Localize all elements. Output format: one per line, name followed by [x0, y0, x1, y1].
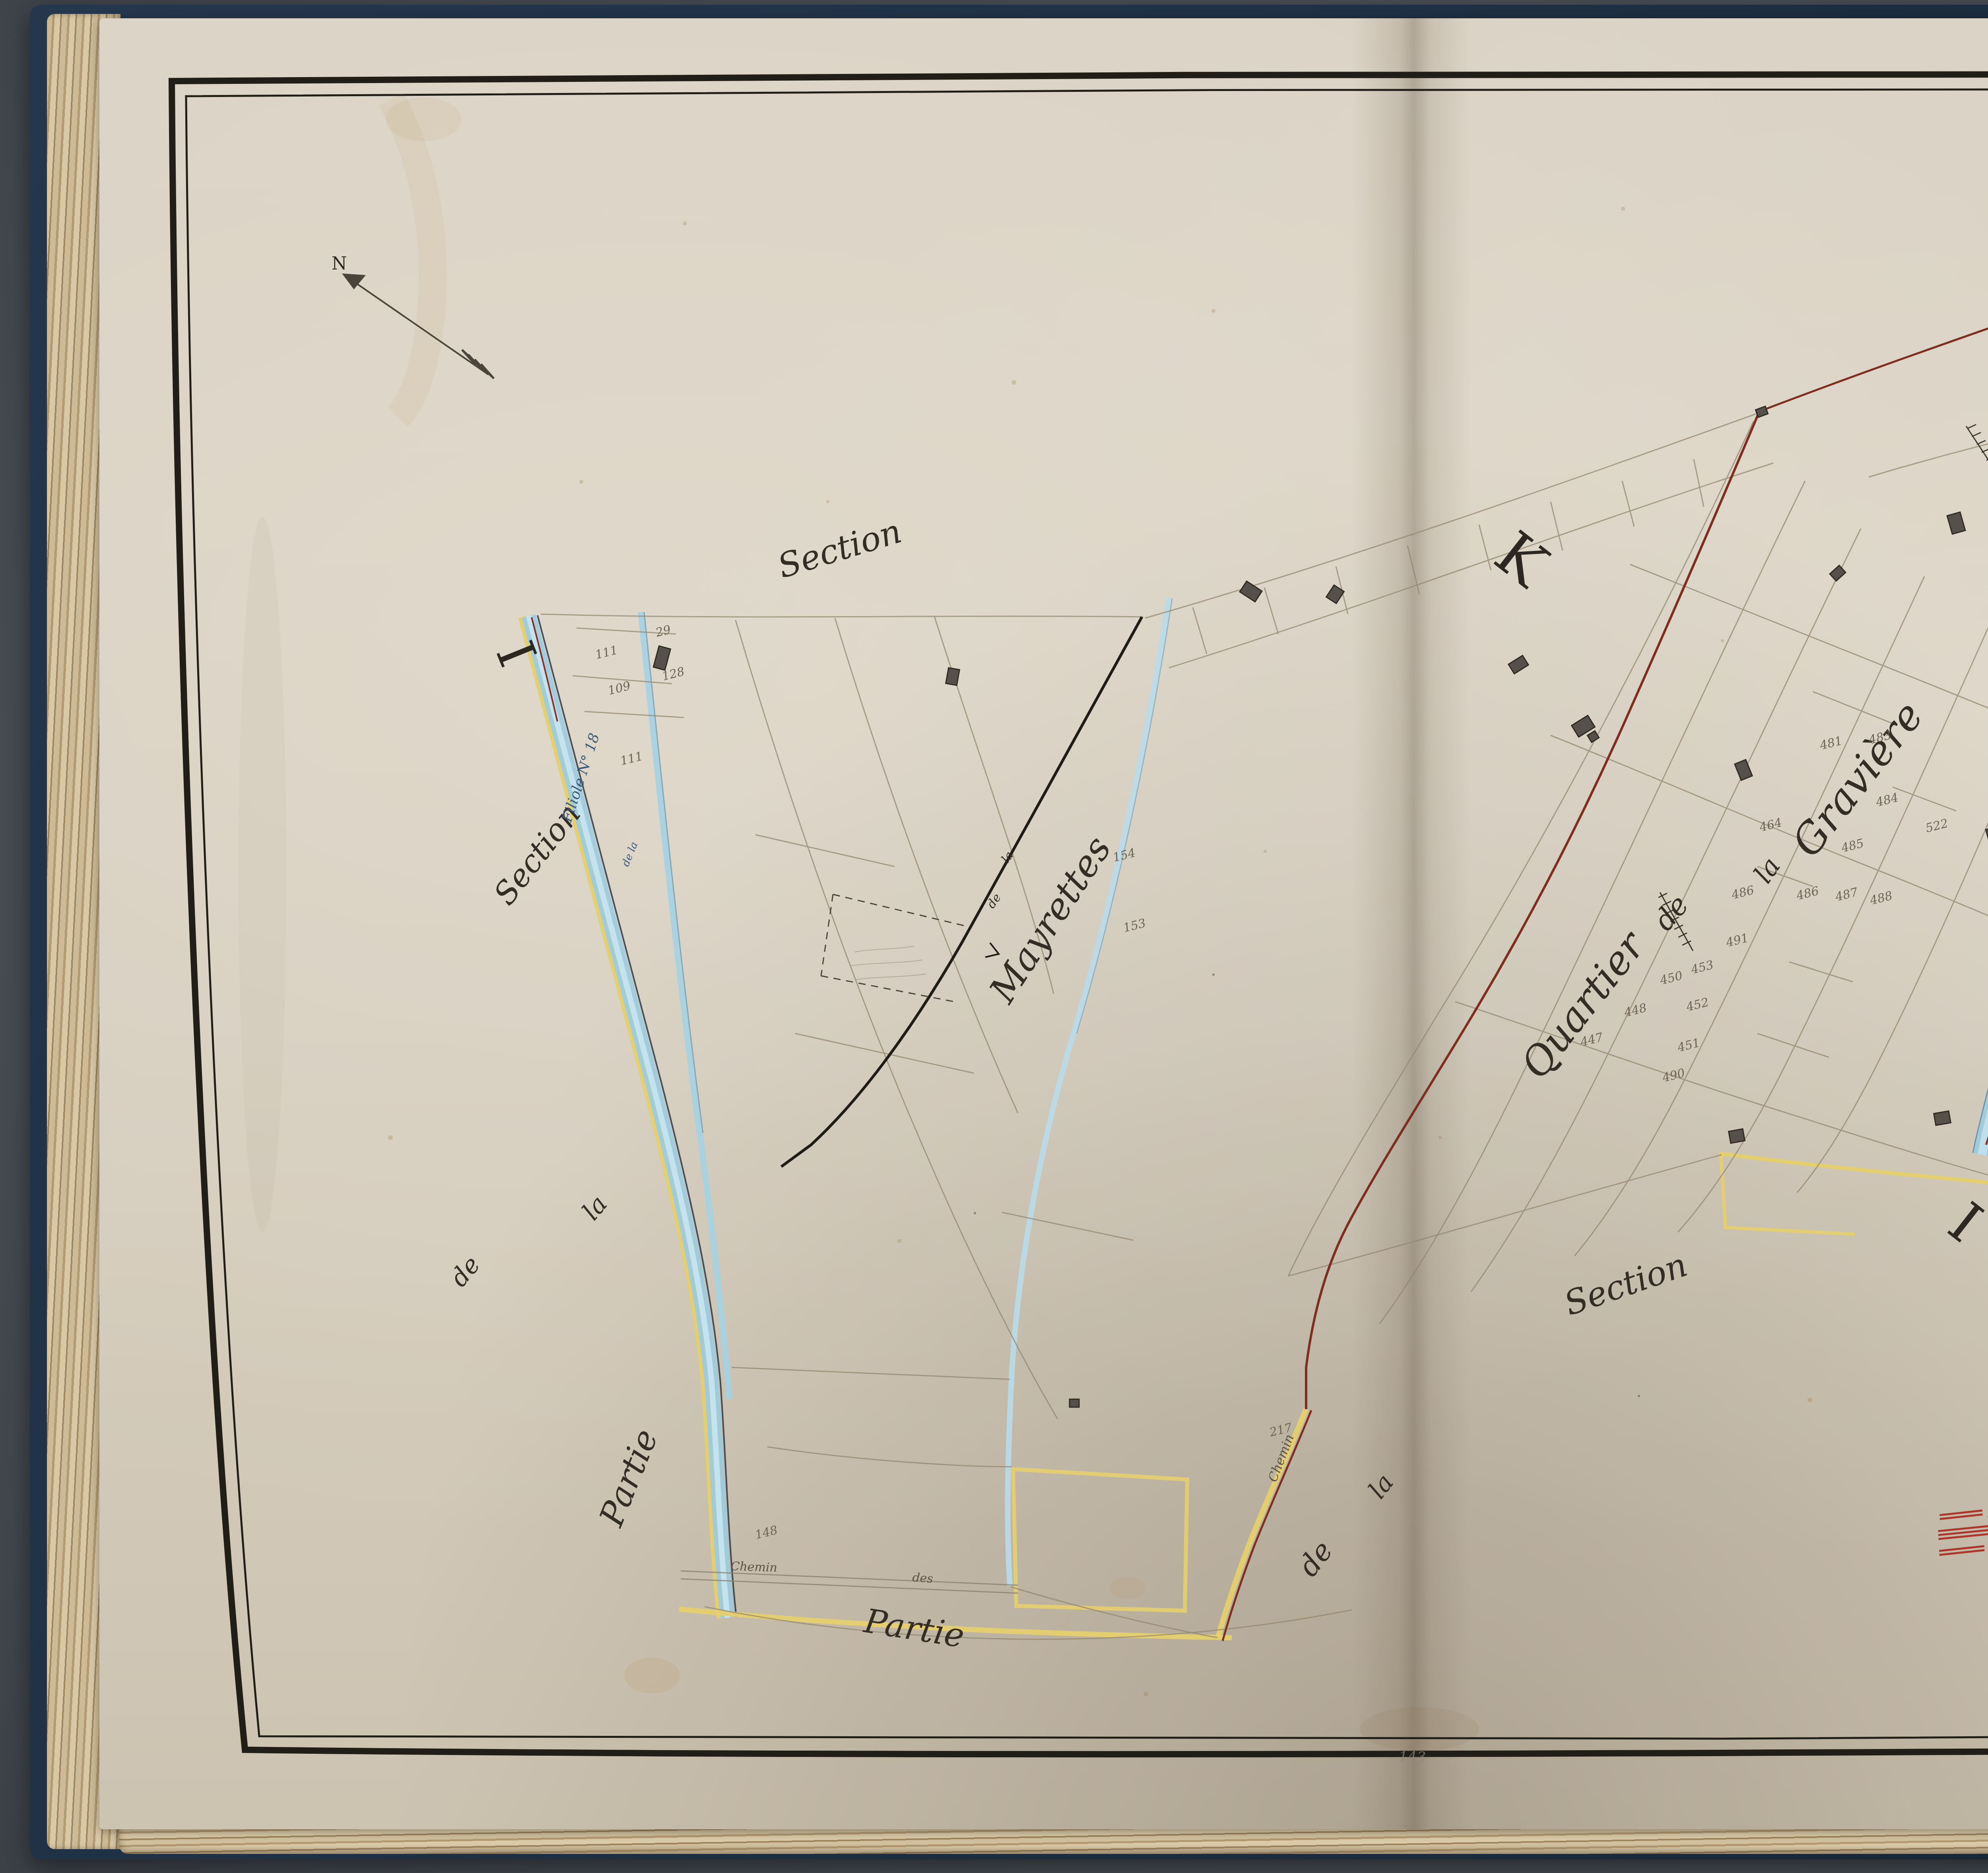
label-partie-bottom: Partie	[861, 1601, 967, 1656]
building	[653, 646, 670, 670]
parcel-number: 153	[1122, 916, 1147, 935]
legend-swatch-red-icon	[1939, 1510, 1983, 1519]
channel-central	[1008, 598, 1172, 1586]
parcel-number: 487	[1833, 885, 1860, 904]
parcel-number: 491	[1724, 931, 1750, 950]
parcel-number: 481	[1818, 734, 1844, 753]
parcel-number: 448	[1622, 1001, 1648, 1020]
parcel-number: 453	[1689, 958, 1715, 977]
building	[1947, 512, 1965, 534]
parcel-number: 450	[1658, 969, 1684, 988]
label-de-left: de	[444, 1250, 486, 1292]
top-right-boundary	[1759, 260, 1988, 411]
road-bottom-right	[1720, 1154, 1988, 1188]
parcel-number: 485	[1839, 836, 1865, 855]
cadastral-map: N Section Section Section Section Partie…	[0, 0, 1988, 1873]
legend-swatch-red-icon	[1938, 1526, 1988, 1539]
parcel-boundaries	[541, 413, 1988, 1639]
parcel-number: 522	[1924, 816, 1949, 836]
pencil-spine-mark: 143	[1399, 1749, 1426, 1765]
parcel-number: 109	[606, 679, 632, 698]
label-la-bottom: la	[1363, 1468, 1399, 1504]
map-frame	[172, 73, 1988, 1754]
parcel-number: 29	[654, 623, 672, 640]
road-diagonal-edge	[1223, 1410, 1311, 1641]
building	[1729, 1129, 1745, 1143]
frame-outer	[172, 73, 1988, 1754]
parcel-number: 486	[1794, 884, 1820, 903]
parcel-number: 452	[1684, 995, 1710, 1014]
parcel-number: 488	[1868, 889, 1894, 908]
atlas-photo: N Section Section Section Section Partie…	[0, 0, 1988, 1873]
label-letter-k: K	[1482, 518, 1561, 601]
building	[946, 668, 960, 685]
building	[1986, 826, 1988, 847]
label-de-bottom: de	[1291, 1534, 1340, 1583]
label-la-left: la	[576, 1190, 613, 1225]
parcel-number: 154	[1111, 846, 1137, 865]
channel-secondary	[641, 612, 730, 1399]
label-letter-i-center: I	[1937, 1190, 1988, 1255]
label-section-bottom: Section	[1559, 1245, 1692, 1323]
label-section-top: Section	[773, 512, 906, 586]
parcel-number: 111	[594, 643, 619, 662]
compass-north-label: N	[332, 254, 347, 274]
parcel-number: 111	[619, 749, 644, 768]
label-chemin-bottom-des: des	[912, 1571, 934, 1586]
parcel-number: 484	[1874, 791, 1900, 810]
compass-feathers-icon	[462, 350, 494, 378]
parcel-number: 148	[753, 1523, 779, 1542]
parcel-number: 464	[1757, 816, 1783, 835]
parcel-number: 451	[1675, 1036, 1701, 1055]
label-chemin-bottom: Chemin	[730, 1559, 778, 1575]
legend-row: Filiole N° 12 Débit 100 litres	[1939, 1482, 1988, 1524]
survey-notes-squiggles	[851, 946, 926, 980]
survey-dashed-lines	[821, 894, 966, 1002]
roads-yellow	[679, 1154, 1988, 1640]
building	[1755, 406, 1768, 417]
label-quartier-de: de	[1647, 888, 1695, 937]
label-blue-note: de la	[620, 840, 641, 869]
building	[1587, 731, 1599, 743]
river-red-line	[1986, 238, 1988, 1145]
paper-stains	[239, 97, 1988, 1751]
label-partie-left: Partie	[591, 1423, 666, 1532]
legend: Légende Filiole N° 12 Débit 100 litres F…	[1934, 1440, 1988, 1562]
building	[1070, 1399, 1079, 1407]
label-line-de: de	[984, 891, 1004, 911]
map-labels: Section Section Section Section Partie P…	[444, 355, 1988, 1656]
legend-swatch-red-icon	[1939, 1546, 1985, 1555]
building	[1508, 655, 1528, 674]
building	[1735, 760, 1752, 780]
building	[1830, 565, 1846, 581]
frame-inner	[186, 88, 1988, 1740]
parcel-number: 490	[1660, 1066, 1686, 1085]
parcel-yellow-outline	[1013, 1469, 1187, 1611]
building	[1934, 1111, 1951, 1125]
parcel-number: 486	[1730, 883, 1755, 902]
river-lauzon	[1973, 256, 1988, 1155]
